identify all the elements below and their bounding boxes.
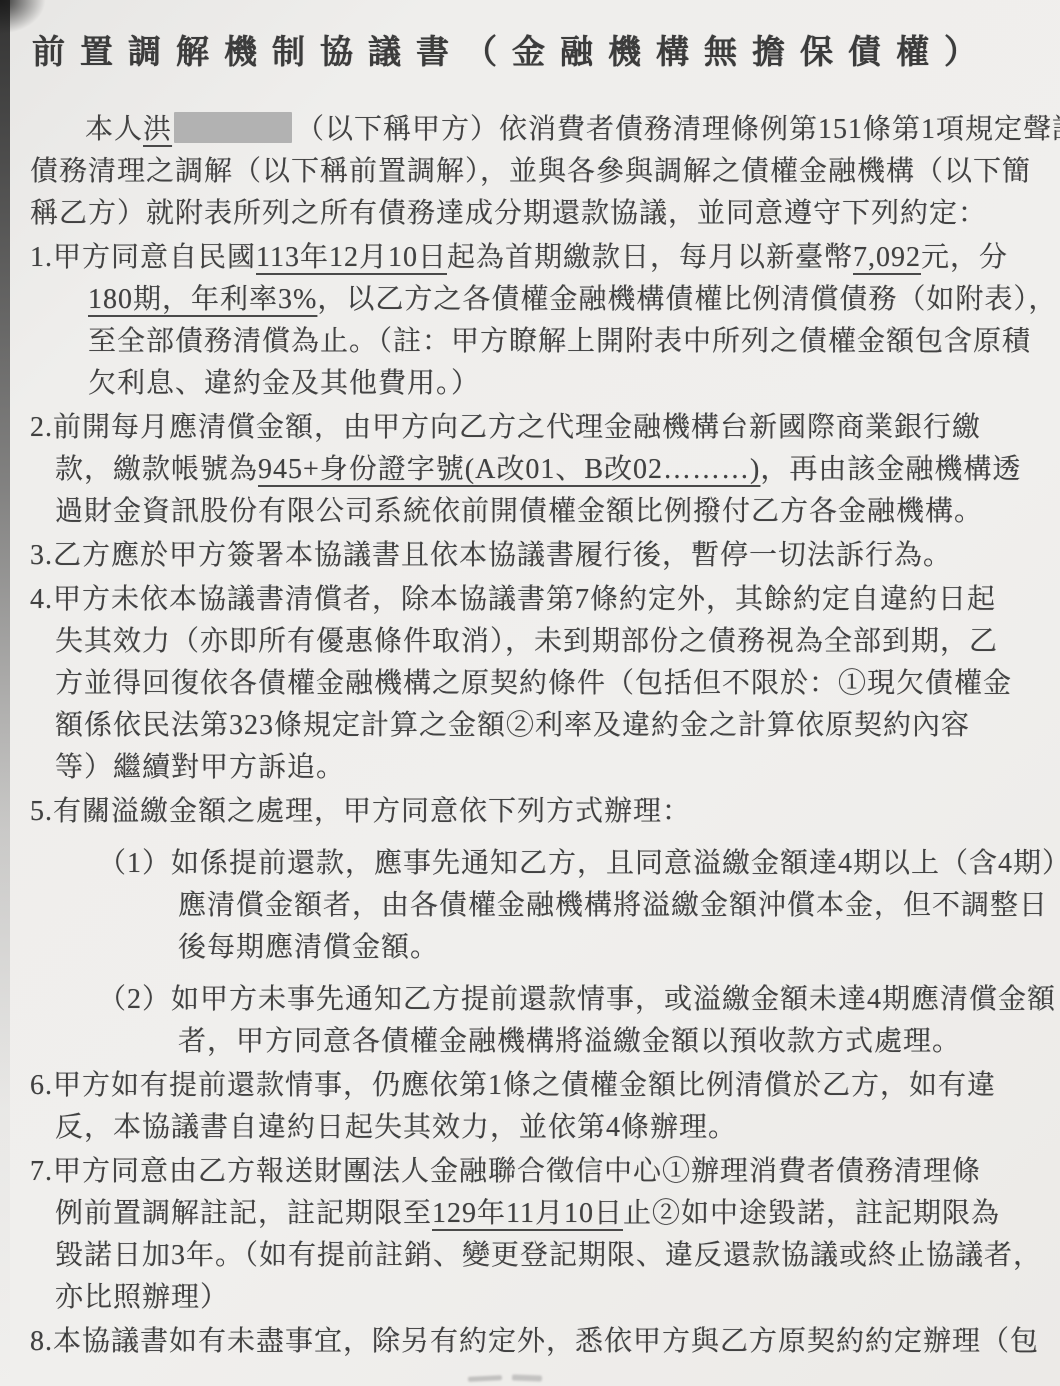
text-run: （1）如係提前還款，應事先通知乙方，且同意溢繳金額達4期以上（含4期） [98,848,1060,879]
text-run: 本人 [85,114,143,145]
clause-8: 8.本協議書如有未盡事宜，除另有約定外，悉依甲方與乙方原契約約定辦理（包 [30,1321,1040,1363]
text-line: 過財金資訊股份有限公司系統依前開債權金額比例撥付乙方各金融機構。 [30,491,1040,533]
text-line: 3.乙方應於甲方簽署本協議書且依本協議書履行後，暫停一切法訴行為。 [30,535,1040,577]
clause-3: 3.乙方應於甲方簽署本協議書且依本協議書履行後，暫停一切法訴行為。 [30,535,1040,577]
clause-6: 6.甲方如有提前還款情事，仍應依第1條之債權金額比例清償於乙方，如有違反，本協議… [30,1065,1040,1149]
text-run: 5.有關溢繳金額之處理，甲方同意依下列方式辦理： [30,796,691,827]
text-run: 稱乙方）就附表所列之所有債務達成分期還款協議，並同意遵守下列約定： [30,198,987,229]
text-line: 亦比照辦理） [30,1277,1040,1319]
text-line: 稱乙方）就附表所列之所有債務達成分期還款協議，並同意遵守下列約定： [30,193,1040,235]
text-line: 等）繼續對甲方訴追。 [30,747,1040,789]
text-line: 本人洪（以下稱甲方）依消費者債務清理條例第151條第1項規定聲請 [30,109,1040,151]
faint-mark [512,1374,542,1381]
document-title: 前置調解機制協議書（金融機構無擔保債權） [32,26,1040,73]
clause-4: 4.甲方未依本協議書清償者，除本協議書第7條約定外，其餘約定自違約日起失其效力（… [30,579,1040,789]
text-line: 者，甲方同意各債權金融機構將溢繳金額以預收款方式處理。 [30,1021,1040,1063]
text-line: 180期，年利率3%，以乙方之各債權金融機構債權比例清償債務（如附表）， [30,279,1040,321]
text-run: 至全部債務清償為止。（註：甲方瞭解上開附表中所列之債權金額包含原積 [88,326,1031,357]
document-body: 本人洪（以下稱甲方）依消費者債務清理條例第151條第1項規定聲請債務清理之調解（… [30,109,1040,1363]
text-run: 款，繳款帳號為 [55,454,258,485]
text-line: 4.甲方未依本協議書清償者，除本協議書第7條約定外，其餘約定自違約日起 [30,579,1040,621]
text-line: 欠利息、違約金及其他費用。） [30,363,1040,405]
clause-5-sub-2: （2）如甲方未事先通知乙方提前還款情事，或溢繳金額未達4期應清償金額者，甲方同意… [30,979,1040,1063]
text-line: 反，本協議書自違約日起失其效力，並依第4條辦理。 [30,1107,1040,1149]
text-run: 3.乙方應於甲方簽署本協議書且依本協議書履行後，暫停一切法訴行為。 [30,540,952,571]
text-line: （1）如係提前還款，應事先通知乙方，且同意溢繳金額達4期以上（含4期） [30,843,1040,885]
underlined-value: 945+身份證字號(A改01、B改02………) [258,454,760,485]
text-run: 過財金資訊股份有限公司系統依前開債權金額比例撥付乙方各金融機構。 [55,496,983,527]
text-run: 亦比照辦理） [55,1282,229,1313]
text-run: 反，本協議書自違約日起失其效力，並依第4條辦理。 [55,1112,737,1143]
text-run: ，再由該金融機構透 [760,454,1021,485]
text-line: 債務清理之調解（以下稱前置調解），並與各參與調解之債權金融機構（以下簡 [30,151,1040,193]
text-run: 失其效力（亦即所有優惠條件取消），未到期部份之債務視為全部到期，乙 [55,626,998,657]
scan-edge-shadow [0,0,10,1386]
text-run: 7.甲方同意由乙方報送財團法人金融聯合徵信中心①辦理消費者債務清理條 [30,1156,981,1187]
text-line: （2）如甲方未事先通知乙方提前還款情事，或溢繳金額未達4期應清償金額 [30,979,1040,1021]
text-run: 後每期應清償金額。 [178,932,439,963]
faint-mark [468,1375,502,1382]
clause-1: 1.甲方同意自民國113年12月10日起為首期繳款日，每月以新臺幣7,092元，… [30,237,1040,405]
text-line: 6.甲方如有提前還款情事，仍應依第1條之債權金額比例清償於乙方，如有違 [30,1065,1040,1107]
underlined-value: 7,092 [853,242,921,273]
text-run: 2.前開每月應清償金額，由甲方向乙方之代理金融機構台新國際商業銀行繳 [30,412,981,443]
text-line: 款，繳款帳號為945+身份證字號(A改01、B改02………)，再由該金融機構透 [30,449,1040,491]
underlined-value: 洪 [143,114,172,145]
text-run: （以下稱甲方）依消費者債務清理條例第151條第1項規定聲請 [296,114,1060,145]
text-run: 起為首期繳款日，每月以新臺幣 [447,242,853,273]
text-line: 額係依民法第323條規定計算之金額②利率及違約金之計算依原契約內容 [30,705,1040,747]
text-line: 8.本協議書如有未盡事宜，除另有約定外，悉依甲方與乙方原契約約定辦理（包 [30,1321,1040,1363]
clause-7: 7.甲方同意由乙方報送財團法人金融聯合徵信中心①辦理消費者債務清理條例前置調解註… [30,1151,1040,1319]
text-run: 1.甲方同意自民國 [30,242,256,273]
text-line: 毀諾日加3年。（如有提前註銷、變更登記期限、違反還款協議或終止協議者， [30,1235,1040,1277]
text-run: 方並得回復依各債權金融機構之原契約條件（包括但不限於：①現欠債權金 [55,668,1012,699]
text-line: 1.甲方同意自民國113年12月10日起為首期繳款日，每月以新臺幣7,092元，… [30,237,1040,279]
text-line: 7.甲方同意由乙方報送財團法人金融聯合徵信中心①辦理消費者債務清理條 [30,1151,1040,1193]
clause-2: 2.前開每月應清償金額，由甲方向乙方之代理金融機構台新國際商業銀行繳款，繳款帳號… [30,407,1040,533]
text-line: 至全部債務清償為止。（註：甲方瞭解上開附表中所列之債權金額包含原積 [30,321,1040,363]
text-line: 後每期應清償金額。 [30,927,1040,969]
text-line: 方並得回復依各債權金融機構之原契約條件（包括但不限於：①現欠債權金 [30,663,1040,705]
underlined-value: 129年11月10日 [432,1198,623,1229]
text-run: 止②如中途毀諾，註記期限為 [623,1198,1000,1229]
text-run: 債務清理之調解（以下稱前置調解），並與各參與調解之債權金融機構（以下簡 [30,156,1031,187]
underlined-value: 113年12月10日 [256,242,447,273]
underlined-value: 180期，年利率3% [88,284,317,315]
text-run: （2）如甲方未事先通知乙方提前還款情事，或溢繳金額未達4期應清償金額 [98,984,1056,1015]
text-run: 等）繼續對甲方訴追。 [55,752,345,783]
text-run: 元，分 [921,242,1008,273]
text-run: ，以乙方之各債權金融機構債權比例清償債務（如附表）， [317,284,1057,315]
text-run: 毀諾日加3年。（如有提前註銷、變更登記期限、違反還款協議或終止協議者， [55,1240,1042,1271]
cropped-next-line-artifact [468,1374,558,1386]
text-run: 欠利息、違約金及其他費用。） [88,368,480,399]
text-line: 2.前開每月應清償金額，由甲方向乙方之代理金融機構台新國際商業銀行繳 [30,407,1040,449]
text-line: 5.有關溢繳金額之處理，甲方同意依下列方式辦理： [30,791,1040,833]
text-run: 8.本協議書如有未盡事宜，除另有約定外，悉依甲方與乙方原契約約定辦理（包 [30,1326,1039,1357]
clause-5: 5.有關溢繳金額之處理，甲方同意依下列方式辦理： [30,791,1040,833]
text-run: 者，甲方同意各債權金融機構將溢繳金額以預收款方式處理。 [178,1026,961,1057]
text-line: 失其效力（亦即所有優惠條件取消），未到期部份之債務視為全部到期，乙 [30,621,1040,663]
text-run: 額係依民法第323條規定計算之金額②利率及違約金之計算依原契約內容 [55,710,970,741]
text-run: 例前置調解註記，註記期限至 [55,1198,432,1229]
text-line: 例前置調解註記，註記期限至129年11月10日止②如中途毀諾，註記期限為 [30,1193,1040,1235]
text-run: 6.甲方如有提前還款情事，仍應依第1條之債權金額比例清償於乙方，如有違 [30,1070,996,1101]
text-line: 應清償金額者，由各債權金融機構將溢繳金額沖償本金，但不調整日 [30,885,1040,927]
clause-5-sub-1: （1）如係提前還款，應事先通知乙方，且同意溢繳金額達4期以上（含4期）應清償金額… [30,843,1040,969]
text-run: 應清償金額者，由各債權金融機構將溢繳金額沖償本金，但不調整日 [178,890,1048,921]
document-page: 前置調解機制協議書（金融機構無擔保債權） 本人洪（以下稱甲方）依消費者債務清理條… [30,22,1040,1363]
text-run: 4.甲方未依本協議書清償者，除本協議書第7條約定外，其餘約定自違約日起 [30,584,996,615]
intro-paragraph: 本人洪（以下稱甲方）依消費者債務清理條例第151條第1項規定聲請債務清理之調解（… [30,109,1040,235]
redaction-box [174,112,292,143]
